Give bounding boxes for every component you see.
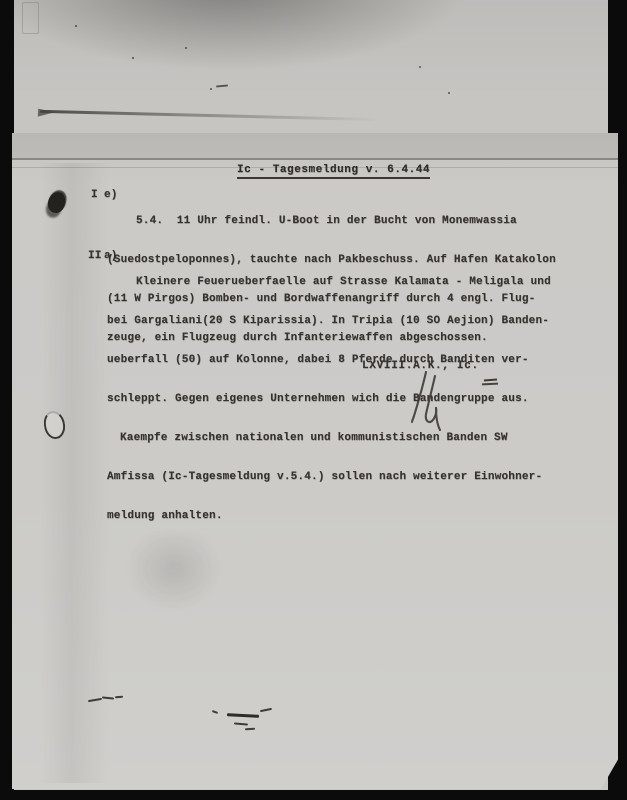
scratch-mark	[212, 710, 218, 714]
report-line: 5.4. 11 Uhr feindl. U-Boot in der Bucht …	[107, 215, 577, 228]
scratch-mark	[115, 696, 123, 698]
report-line: meldung anhalten.	[107, 510, 577, 523]
scratch-mark	[245, 728, 255, 730]
scribble-stroke	[482, 383, 498, 386]
fold-crease-wedge	[38, 109, 54, 118]
report-section-i: I e) 5.4. 11 Uhr feindl. U-Boot in der B…	[12, 189, 618, 254]
scribble-stroke	[484, 379, 497, 382]
report-section-ii: II a) Kleinere Feuerueberfaelle auf Stra…	[12, 250, 618, 315]
handwritten-signature	[401, 369, 449, 433]
film-speck	[75, 25, 77, 27]
paper-smudge	[124, 533, 224, 613]
report-line: Amfissa (Ic-Tagesmeldung v.5.4.) sollen …	[107, 471, 577, 484]
report-line: Kaempfe zwischen nationalen und kommunis…	[107, 432, 577, 445]
scratch-mark	[260, 708, 272, 712]
signature-scribble-mark	[482, 379, 498, 387]
report-line: ueberfall (50) auf Kolonne, dabei 8 Pfer…	[107, 354, 577, 367]
report-line: schleppt. Gegen eigenes Unternehmen wich…	[107, 393, 577, 406]
document-title: Ic - Tagesmeldung v. 6.4.44	[237, 164, 430, 179]
scratch-mark	[234, 722, 248, 725]
section-numeral: I	[91, 189, 98, 202]
report-line: Kleinere Feuerueberfaelle auf Strasse Ka…	[107, 276, 577, 289]
document-page: Ic - Tagesmeldung v. 6.4.44 I e) 5.4. 11…	[12, 133, 618, 789]
page-top-edge-band	[12, 133, 618, 160]
film-frame: Ic - Tagesmeldung v. 6.4.44 I e) 5.4. 11…	[0, 0, 627, 800]
scratch-mark	[227, 713, 259, 717]
section-text: Kleinere Feuerueberfaelle auf Strasse Ka…	[107, 250, 577, 549]
section-numeral: II	[88, 250, 102, 263]
report-line: bei Gargaliani(20 S Kiparissia). In Trip…	[107, 315, 577, 328]
stamp-ghost-artifact	[22, 2, 39, 34]
